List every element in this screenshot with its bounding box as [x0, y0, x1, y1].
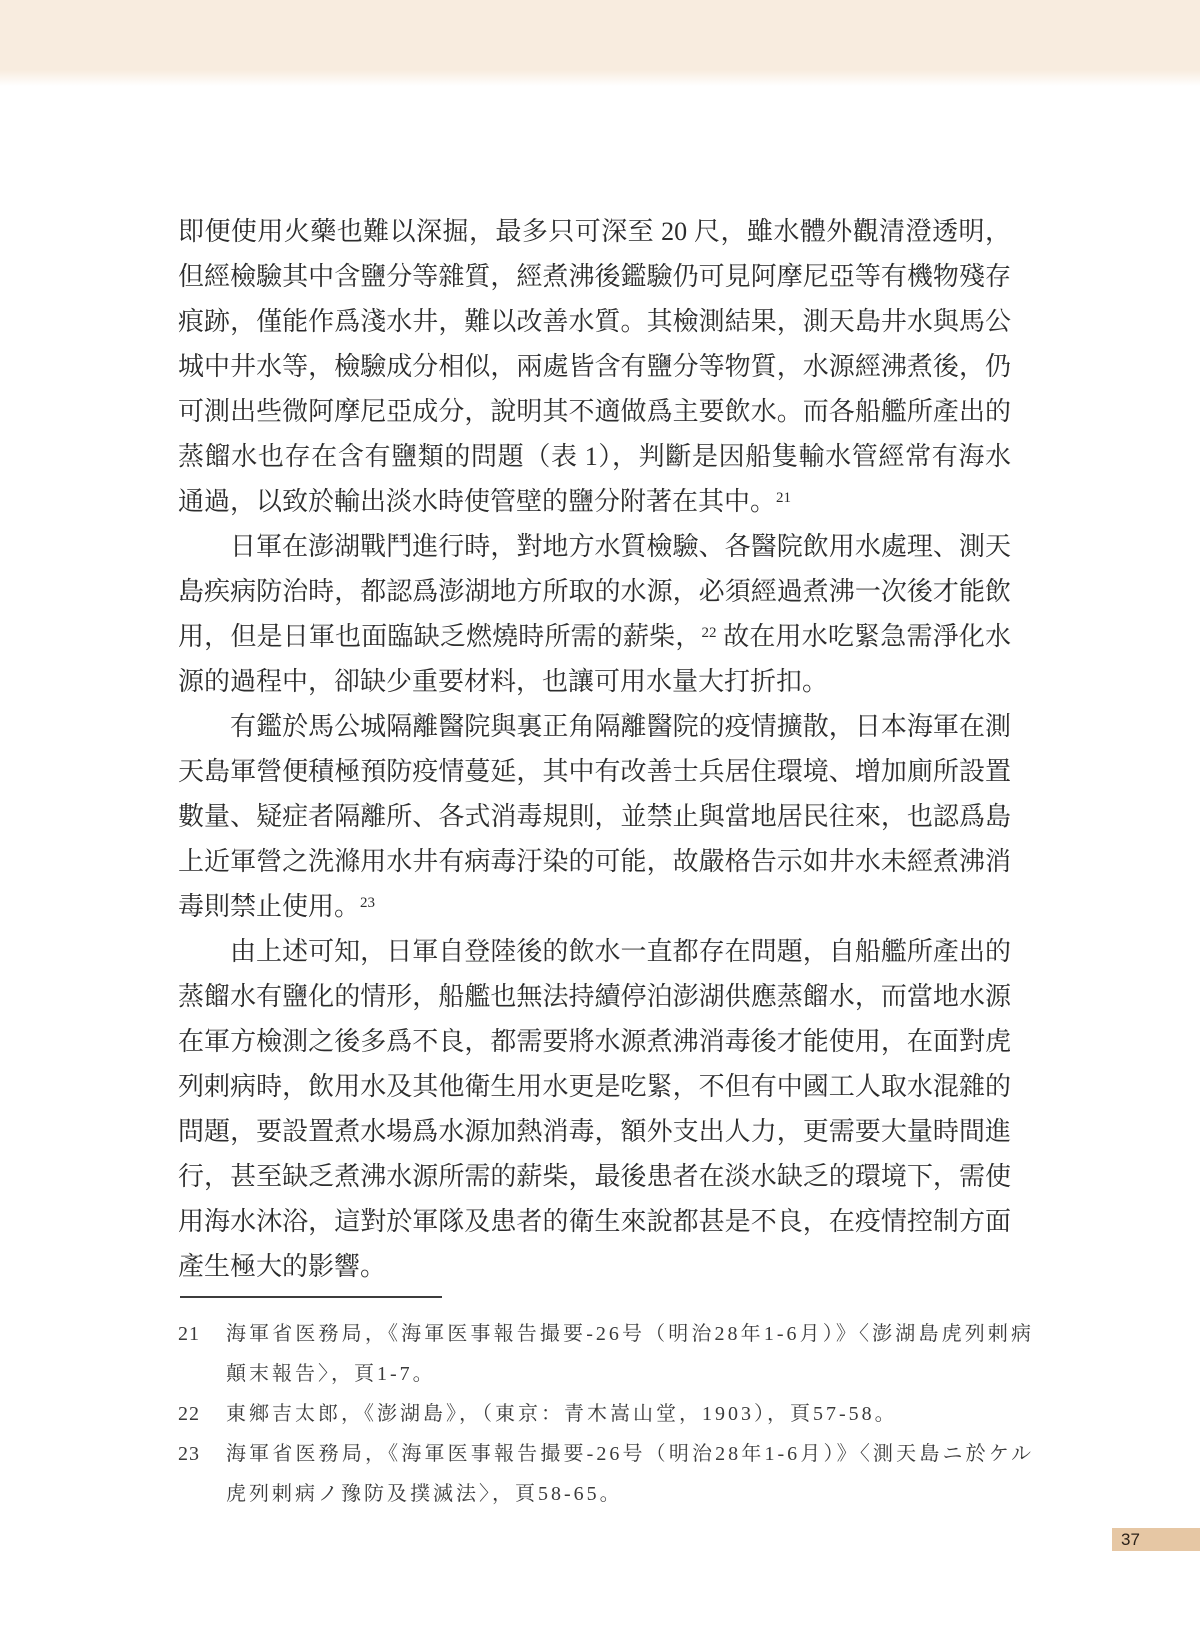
footnote-text: 東鄉吉太郎，《澎湖島》，（東京：青木嵩山堂，1903），頁57-58。 — [226, 1394, 1034, 1434]
footnote-item: 21海軍省医務局，《海軍医事報告撮要-26号（明治28年1-6月）》〈澎湖島虎列… — [178, 1314, 1034, 1394]
footnote-separator-rule — [180, 1296, 442, 1298]
footnote-list: 21海軍省医務局，《海軍医事報告撮要-26号（明治28年1-6月）》〈澎湖島虎列… — [178, 1314, 1034, 1514]
body-text: 即便使用火藥也難以深掘，最多只可深至 20 尺，雖水體外觀清澄透明，但經檢驗其中… — [178, 209, 1011, 1289]
header-band — [0, 0, 1200, 86]
footnote-item: 22東鄉吉太郎，《澎湖島》，（東京：青木嵩山堂，1903），頁57-58。 — [178, 1394, 1034, 1434]
paragraph: 日軍在澎湖戰鬥進行時，對地方水質檢驗、各醫院飲用水處理、測天島疾病防治時，都認爲… — [178, 524, 1011, 704]
paragraph: 即便使用火藥也難以深掘，最多只可深至 20 尺，雖水體外觀清澄透明，但經檢驗其中… — [178, 209, 1011, 524]
footnote-number: 22 — [178, 1394, 226, 1434]
paragraph: 有鑑於馬公城隔離醫院與裏正角隔離醫院的疫情擴散，日本海軍在測天島軍營便積極預防疫… — [178, 704, 1011, 929]
page-number-badge: 37 — [1112, 1528, 1200, 1551]
footnote-ref: 21 — [776, 490, 791, 506]
paragraph-text: 有鑑於馬公城隔離醫院與裏正角隔離醫院的疫情擴散，日本海軍在測天島軍營便積極預防疫… — [178, 712, 1011, 921]
footnote-section: 21海軍省医務局，《海軍医事報告撮要-26号（明治28年1-6月）》〈澎湖島虎列… — [178, 1296, 1034, 1514]
footnote-number: 23 — [178, 1434, 226, 1474]
footnote-ref: 23 — [360, 895, 375, 911]
footnote-text: 海軍省医務局，《海軍医事報告撮要-26号（明治28年1-6月）》〈澎湖島虎列剌病… — [226, 1314, 1034, 1394]
footnote-number: 21 — [178, 1314, 226, 1354]
paragraph-text: 由上述可知，日軍自登陸後的飲水一直都存在問題，自船艦所產出的蒸餾水有鹽化的情形，… — [178, 937, 1011, 1281]
footnote-item: 23海軍省医務局，《海軍医事報告撮要-26号（明治28年1-6月）》〈測天島ニ於… — [178, 1434, 1034, 1514]
document-page: { "colors": { "top_band": "#f8ecdf", "pa… — [0, 0, 1200, 1628]
page-number: 37 — [1121, 1531, 1140, 1548]
paragraph-text: 即便使用火藥也難以深掘，最多只可深至 20 尺，雖水體外觀清澄透明，但經檢驗其中… — [178, 217, 1011, 516]
footnote-ref: 22 — [702, 625, 717, 641]
paragraph: 由上述可知，日軍自登陸後的飲水一直都存在問題，自船艦所產出的蒸餾水有鹽化的情形，… — [178, 929, 1011, 1289]
footnote-text: 海軍省医務局，《海軍医事報告撮要-26号（明治28年1-6月）》〈測天島ニ於ケル… — [226, 1434, 1034, 1514]
